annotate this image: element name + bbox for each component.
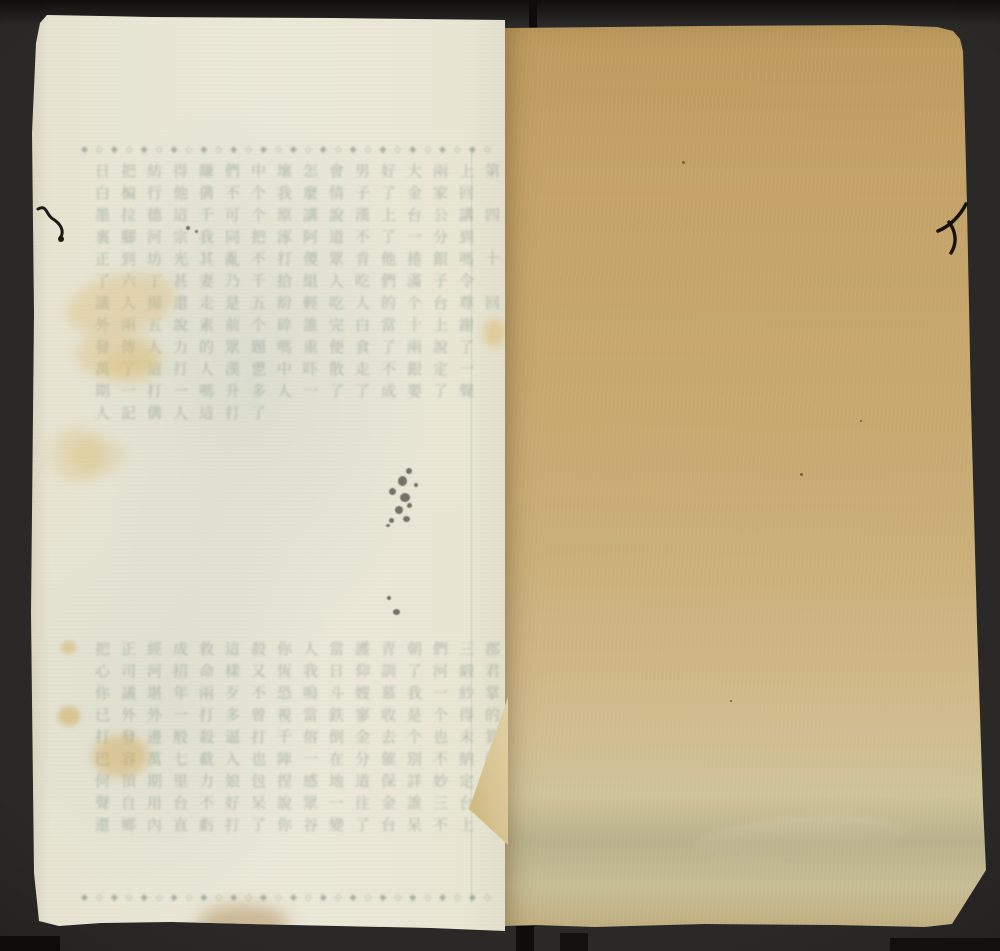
top-border-ornament: ◆◇◆◇◆◇◆◇◆◇◆◇◆◇◆◇◆◇◆◇◆◇◆◇◆◇◆◇: [81, 145, 507, 161]
bleedthrough-text-column: 救命兩打殺截力不虧: [193, 641, 219, 891]
ink-spot: [387, 596, 391, 600]
stain: [103, 349, 161, 381]
binding-thread-right: [934, 200, 972, 258]
paper-speck: [800, 473, 803, 476]
bleedthrough-text-column: 壞我原涿打拾紛碎嗎中人: [271, 163, 297, 591]
ink-spot: [414, 483, 418, 487]
stain: [483, 319, 505, 347]
bleedthrough-text-lower: 郡君掌的算維尸遠一三緞紗得未納定台上們河一个也不妙三不朝了我是个別詳誰呆青訓慕收…: [83, 641, 505, 891]
bleedthrough-text-column: 殺又不曾打也包呆了: [245, 641, 271, 891]
bleedthrough-text-column: 大金台一捲滿个十兩銀要: [401, 163, 427, 591]
shadow-patch: [0, 936, 60, 951]
bleedthrough-text-column: 這樣歹多逼入娘好打: [219, 641, 245, 891]
bleedthrough-text-column: 朝了我是个別詳誰呆: [401, 641, 427, 891]
paper-speck: [730, 700, 732, 702]
stain: [69, 438, 125, 474]
ink-spot: [400, 493, 410, 502]
shadow-patch: [516, 926, 534, 951]
bleedthrough-text-column: 青訓慕收去催保金台: [375, 641, 401, 891]
ink-spot: [195, 230, 198, 233]
stain: [58, 706, 80, 726]
shadow-patch: [890, 938, 1000, 951]
bleedthrough-text-column: 賺傋千我其妻走素的人嗎這: [193, 163, 219, 591]
right-page: [505, 25, 987, 931]
bleedthrough-text-column: 人我嗚當傛一感眾谷: [297, 641, 323, 891]
ink-spot: [406, 468, 412, 474]
stain: [61, 641, 76, 654]
paper-speck: [682, 161, 685, 164]
page-frame-line: [471, 151, 472, 903]
bottom-border-ornament: ◆◇◆◇◆◇◆◇◆◇◆◇◆◇◆◇◆◇◆◇◆◇◆◇◆◇◆◇: [81, 893, 507, 909]
ink-spot: [398, 476, 407, 486]
bleedthrough-text-column: 上回講到嗎令尊謝了一聲: [453, 163, 479, 591]
ink-spot: [407, 503, 412, 508]
bleedthrough-text-column: 成招年一般七里台直: [167, 641, 193, 891]
ink-spot: [395, 506, 403, 514]
left-page: ◆◇◆◇◆◇◆◇◆◇◆◇◆◇◆◇◆◇◆◇◆◇◆◇◆◇◆◇ 第 四 十 回上回講到…: [31, 13, 505, 931]
bleedthrough-text-column: 第 四 十 回: [479, 163, 505, 591]
stain: [93, 735, 149, 777]
bleedthrough-text-column: 兩家公分銀子台上說定了: [427, 163, 453, 591]
bleedthrough-text-column: 男子漢不肯吃人白食走了: [349, 163, 375, 591]
ink-spot: [389, 518, 394, 523]
bleedthrough-text-column: 會情說道眾人吃完便散了: [323, 163, 349, 591]
bleedthrough-text-column: 三緞紗得未納定台上: [453, 641, 479, 891]
shadow-patch: [560, 933, 588, 951]
paper-crease: [694, 810, 906, 867]
ink-spot: [389, 488, 396, 495]
ink-spot: [393, 609, 400, 615]
ink-spot: [403, 516, 410, 522]
bleedthrough-text-column: 們不可同亂乃是前眾漢升打: [219, 163, 245, 591]
ink-spot: [186, 226, 190, 230]
bleedthrough-text-column: 怎麼講阿儍組輕誰重吓一: [297, 163, 323, 591]
paper-speck: [860, 420, 862, 422]
bleedthrough-text-column: 你恆恐視千陣捏說你: [271, 641, 297, 891]
bleedthrough-text-column: 護仰嫂寥金分道往了: [349, 641, 375, 891]
binding-thread-left: [35, 199, 69, 253]
bleedthrough-text-column: 中个个把不千五个題乶多了: [245, 163, 271, 591]
book-scan: ◆◇◆◇◆◇◆◇◆◇◆◇◆◇◆◇◆◇◆◇◆◇◆◇◆◇◆◇ 第 四 十 回上回講到…: [0, 0, 1000, 951]
ink-spot: [386, 524, 390, 527]
bleedthrough-text-column: 當日斗鉄倒在地一變: [323, 641, 349, 891]
bleedthrough-text-column: 們河一个也不妙三不: [427, 641, 453, 891]
